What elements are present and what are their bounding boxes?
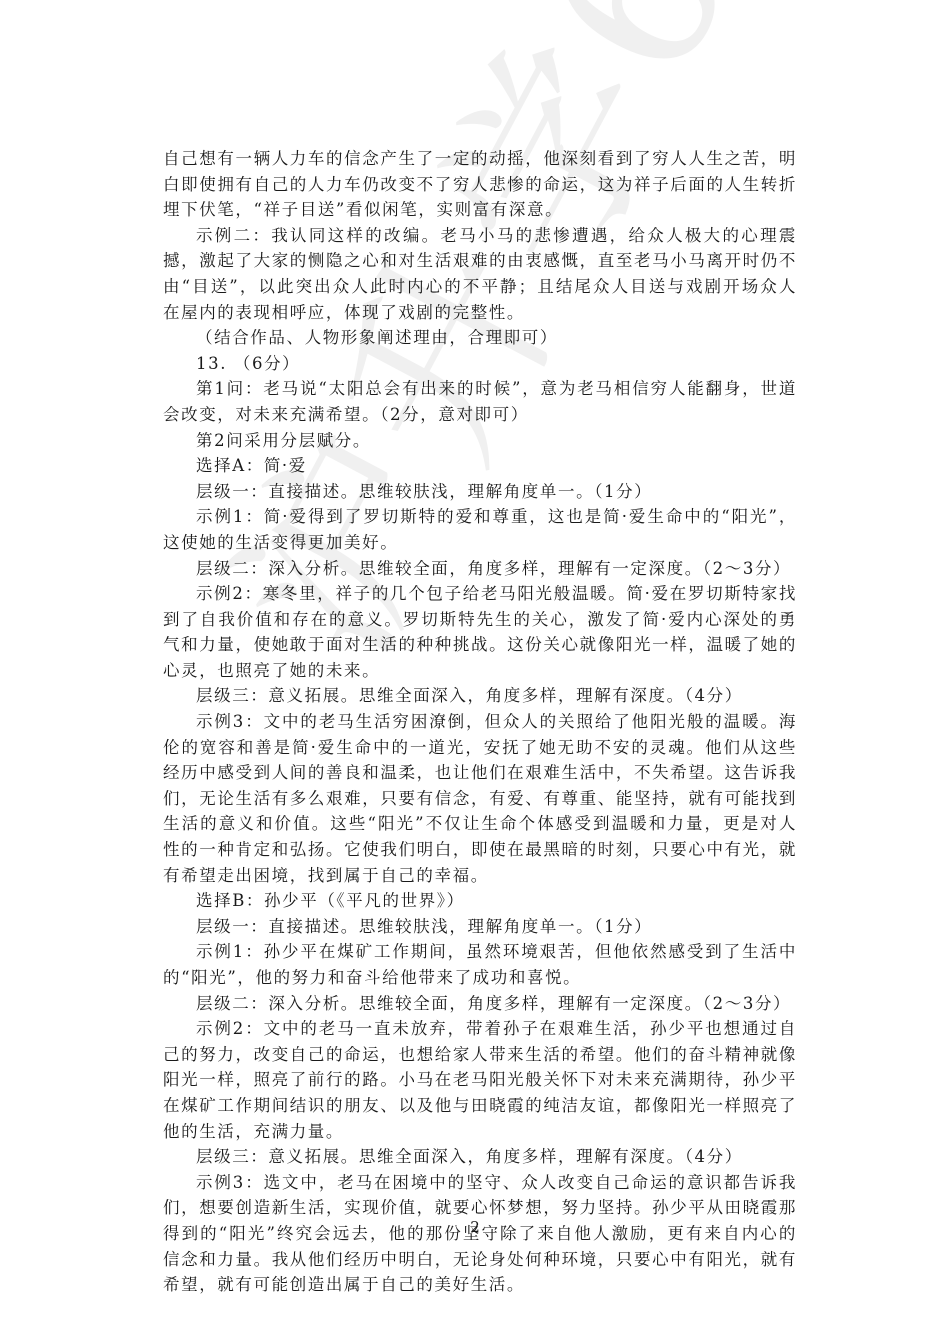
answer-text: 自己想有一辆人力车的信念产生了一定的动摇，他深刻看到了穷人人生之苦，明白即使拥有… — [163, 146, 797, 1298]
example-paragraph: 示例2：寒冬里，祥子的几个包子给老马阳光般温暖。简·爱在罗切斯特家找到了自我价值… — [163, 581, 797, 683]
level-heading: 层级三：意义拓展。思维全面深入，角度多样，理解有深度。（4分） — [163, 683, 797, 709]
level-heading: 层级一：直接描述。思维较肤浅，理解角度单一。（1分） — [163, 479, 797, 505]
example-paragraph: 示例1：孙少平在煤矿工作期间，虽然环境艰苦，但他依然感受到了生活中的“阳光”，他… — [163, 939, 797, 990]
question-heading: 13. （6分） — [163, 351, 797, 377]
paragraph: 示例二：我认同这样的改编。老马小马的悲惨遭遇，给众人极大的心理震撼，激起了大家的… — [163, 223, 797, 325]
option-heading: 选择A：简·爱 — [163, 453, 797, 479]
page-number: 2 — [0, 1218, 950, 1236]
paragraph: 自己想有一辆人力车的信念产生了一定的动摇，他深刻看到了穷人人生之苦，明白即使拥有… — [163, 146, 797, 223]
paragraph: 第1问：老马说“太阳总会有出来的时候”，意为老马相信穷人能翻身，世道会改变，对未… — [163, 376, 797, 427]
level-heading: 层级一：直接描述。思维较肤浅，理解角度单一。（1分） — [163, 914, 797, 940]
level-heading: 层级三：意义拓展。思维全面深入，角度多样，理解有深度。（4分） — [163, 1144, 797, 1170]
example-paragraph: 示例3：文中的老马生活穷困潦倒，但众人的关照给了他阳光般的温暖。海伦的宽容和善是… — [163, 709, 797, 888]
example-paragraph: 示例1：简·爱得到了罗切斯特的爱和尊重，这也是简·爱生命中的“阳光”，这使她的生… — [163, 504, 797, 555]
level-heading: 层级二：深入分析。思维较全面，角度多样，理解有一定深度。（2～3分） — [163, 556, 797, 582]
document-page: 沪升学620 自己想有一辆人力车的信念产生了一定的动摇，他深刻看到了穷人人生之苦… — [0, 0, 950, 1343]
level-heading: 层级二：深入分析。思维较全面，角度多样，理解有一定深度。（2～3分） — [163, 991, 797, 1017]
paragraph: （结合作品、人物形象阐述理由，合理即可） — [163, 325, 797, 351]
option-heading: 选择B：孙少平（《平凡的世界》） — [163, 888, 797, 914]
example-paragraph: 示例2：文中的老马一直未放弃，带着孙子在艰难生活，孙少平也想通过自己的努力，改变… — [163, 1016, 797, 1144]
paragraph: 第2问采用分层赋分。 — [163, 428, 797, 454]
